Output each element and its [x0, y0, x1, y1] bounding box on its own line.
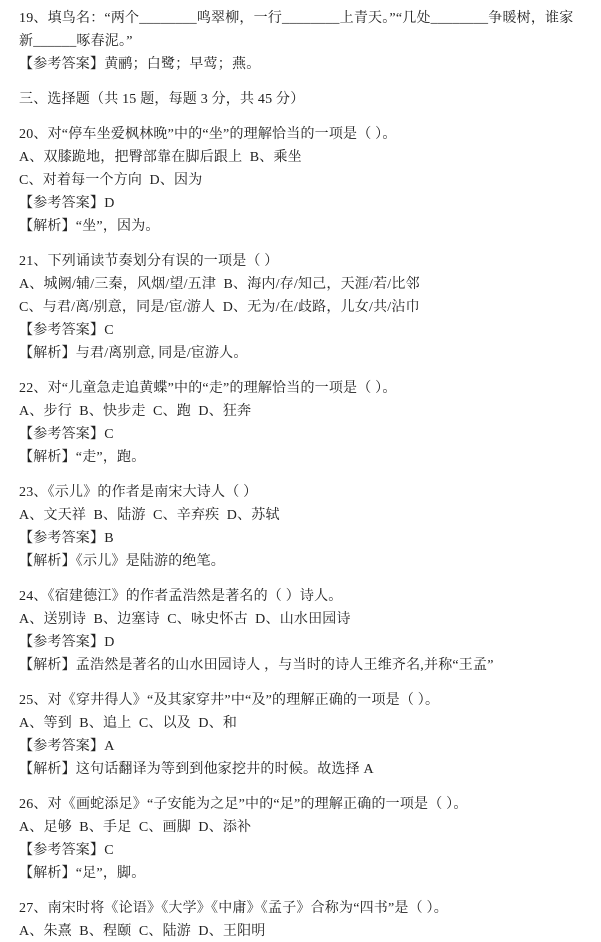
question-19-block: 19、填鸟名：“两个________鸣翠柳，一行________上青天。”“几处… — [19, 7, 587, 76]
question-22-stem: 22、对“儿童急走追黄蝶”中的“走”的理解恰当的一项是（ ）。 — [19, 377, 587, 400]
question-22-options-line1: A、步行 B、快步走 C、跑 D、狂奔 — [19, 400, 587, 423]
question-25-stem: 25、对《穿井得人》“及其家穿井”中“及”的理解正确的一项是（ ）。 — [19, 689, 587, 712]
question-23-options-line1: A、文天祥 B、陆游 C、辛弃疾 D、苏轼 — [19, 504, 587, 527]
question-24-block: 24、《宿建德江》的作者孟浩然是著名的（ ）诗人。 A、送别诗 B、边塞诗 C、… — [19, 585, 587, 677]
question-25-options-line1: A、等到 B、追上 C、以及 D、和 — [19, 712, 587, 735]
question-21-stem: 21、下列诵读节奏划分有误的一项是（ ） — [19, 250, 587, 273]
question-23-analysis: 【解析】《示儿》是陆游的绝笔。 — [19, 550, 587, 573]
question-22-analysis: 【解析】“走”，跑。 — [19, 446, 587, 469]
question-20-block: 20、对“停车坐爱枫林晚”中的“坐”的理解恰当的一项是（ ）。 A、双膝跪地，把… — [19, 123, 587, 238]
question-26-options-line1: A、足够 B、手足 C、画脚 D、添补 — [19, 816, 587, 839]
question-24-reference-answer: 【参考答案】D — [19, 631, 587, 654]
question-19-line1: 19、填鸟名：“两个________鸣翠柳，一行________上青天。”“几处… — [19, 7, 587, 30]
question-21-reference-answer: 【参考答案】C — [19, 319, 587, 342]
question-21-block: 21、下列诵读节奏划分有误的一项是（ ） A、城阙/辅/三秦，风烟/望/五津 B… — [19, 250, 587, 365]
question-27-options-line1: A、朱熹 B、程颐 C、陆游 D、王阳明 — [19, 920, 587, 942]
question-20-options-line2: C、对着每一个方向 D、因为 — [19, 169, 587, 192]
exam-document-page: 19、填鸟名：“两个________鸣翠柳，一行________上青天。”“几处… — [0, 0, 601, 942]
question-26-analysis: 【解析】“足”，脚。 — [19, 862, 587, 885]
question-19-reference-answer: 【参考答案】黄鹂；白鹭；早莺；燕。 — [19, 53, 587, 76]
section-heading: 三、选择题（共 15 题，每题 3 分，共 45 分） — [19, 88, 587, 111]
question-23-stem: 23、《示儿》的作者是南宋大诗人（ ） — [19, 481, 587, 504]
question-27-block: 27、南宋时将《论语》《大学》《中庸》《孟子》合称为“四书”是（ ）。 A、朱熹… — [19, 897, 587, 942]
question-22-reference-answer: 【参考答案】C — [19, 423, 587, 446]
question-20-stem: 20、对“停车坐爱枫林晚”中的“坐”的理解恰当的一项是（ ）。 — [19, 123, 587, 146]
question-25-analysis: 【解析】这句话翻译为等到到他家挖井的时候。故选择 A — [19, 758, 587, 781]
question-21-analysis: 【解析】与君/离别意, 同是/宦游人。 — [19, 342, 587, 365]
question-26-reference-answer: 【参考答案】C — [19, 839, 587, 862]
question-20-reference-answer: 【参考答案】D — [19, 192, 587, 215]
question-23-block: 23、《示儿》的作者是南宋大诗人（ ） A、文天祥 B、陆游 C、辛弃疾 D、苏… — [19, 481, 587, 573]
question-19-line2: 新______啄春泥。” — [19, 30, 587, 53]
question-20-options-line1: A、双膝跪地，把臀部靠在脚后跟上 B、乘坐 — [19, 146, 587, 169]
question-26-block: 26、对《画蛇添足》“子安能为之足”中的“足”的理解正确的一项是（ ）。 A、足… — [19, 793, 587, 885]
question-26-stem: 26、对《画蛇添足》“子安能为之足”中的“足”的理解正确的一项是（ ）。 — [19, 793, 587, 816]
question-25-block: 25、对《穿井得人》“及其家穿井”中“及”的理解正确的一项是（ ）。 A、等到 … — [19, 689, 587, 781]
question-27-stem: 27、南宋时将《论语》《大学》《中庸》《孟子》合称为“四书”是（ ）。 — [19, 897, 587, 920]
question-23-reference-answer: 【参考答案】B — [19, 527, 587, 550]
question-20-analysis: 【解析】“坐”，因为。 — [19, 215, 587, 238]
question-25-reference-answer: 【参考答案】A — [19, 735, 587, 758]
question-24-options-line1: A、送别诗 B、边塞诗 C、咏史怀古 D、山水田园诗 — [19, 608, 587, 631]
question-21-options-line2: C、与君/离/别意，同是/宦/游人 D、无为/在/歧路，儿女/共/沾巾 — [19, 296, 587, 319]
question-22-block: 22、对“儿童急走追黄蝶”中的“走”的理解恰当的一项是（ ）。 A、步行 B、快… — [19, 377, 587, 469]
section-heading-block: 三、选择题（共 15 题，每题 3 分，共 45 分） — [19, 88, 587, 111]
question-21-options-line1: A、城阙/辅/三秦，风烟/望/五津 B、海内/存/知己，天涯/若/比邻 — [19, 273, 587, 296]
question-24-stem: 24、《宿建德江》的作者孟浩然是著名的（ ）诗人。 — [19, 585, 587, 608]
question-24-analysis: 【解析】孟浩然是著名的山水田园诗人 ，与当时的诗人王维齐名,并称“王孟” — [19, 654, 587, 677]
